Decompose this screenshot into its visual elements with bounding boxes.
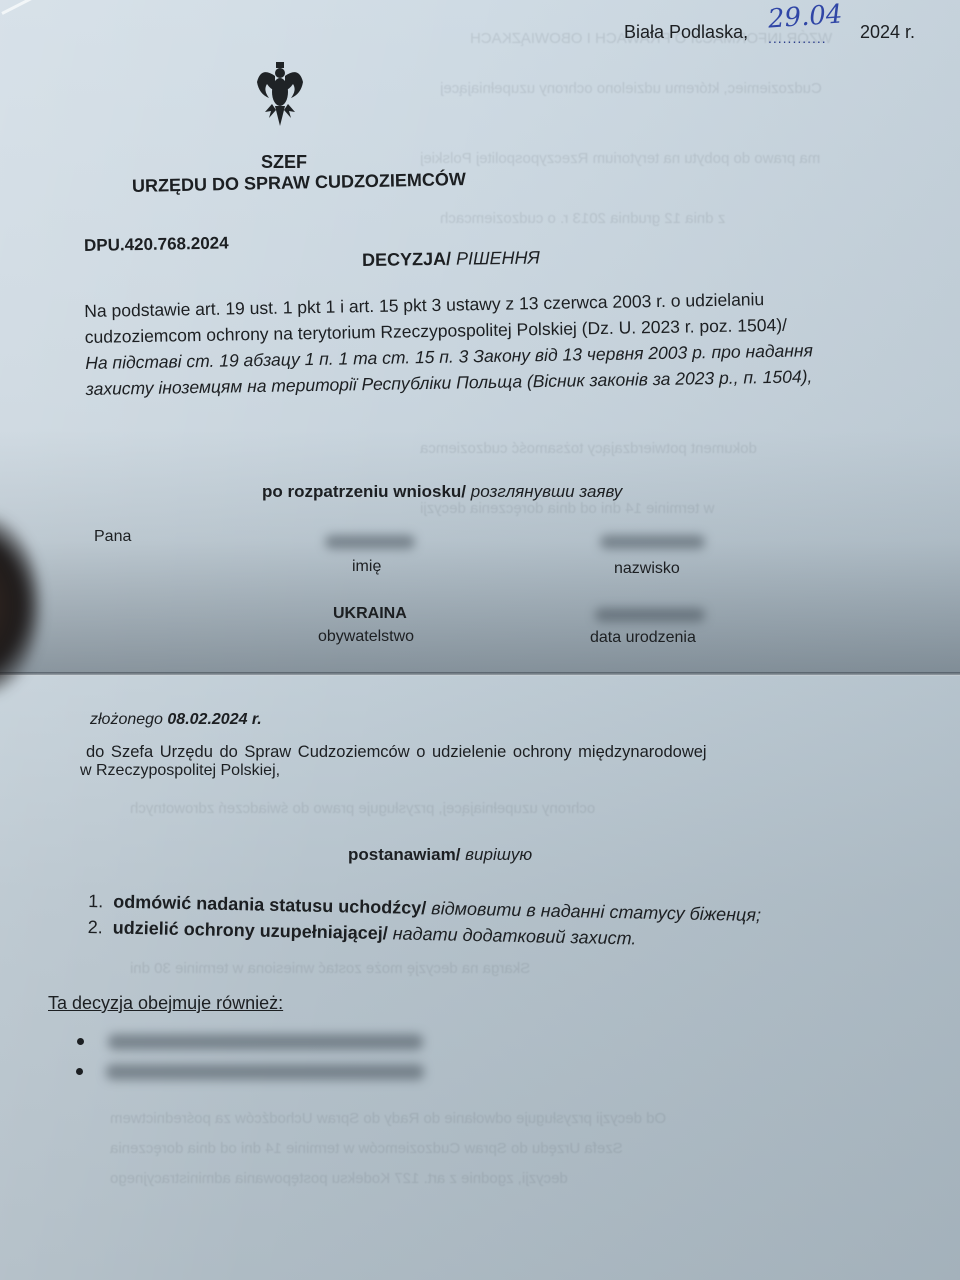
paper-fold bbox=[0, 672, 960, 676]
bleed-through-text: z dnia 12 grudnia 2013 r. o cudzoziemcac… bbox=[440, 210, 725, 227]
filed-line: złożonego 08.02.2024 r. bbox=[90, 711, 262, 729]
document-page: WZÓR INFORMACJI O PRAWACH I OBOWIĄZKACH … bbox=[0, 0, 960, 1280]
bullet-icon bbox=[76, 1068, 83, 1075]
consideration-uk: розглянувши заяву bbox=[471, 482, 623, 501]
case-number: DPU.420.768.2024 bbox=[84, 233, 229, 256]
redacted-family-member bbox=[106, 1064, 424, 1080]
application-line-1: do Szefa Urzędu do Spraw Cudzoziemców o … bbox=[86, 743, 707, 762]
birth-date-label: data urodzenia bbox=[590, 629, 696, 647]
bleed-through-text: Skarga na decyzję może zostać wniesiona … bbox=[130, 960, 530, 977]
authority-title: SZEF bbox=[261, 152, 307, 173]
decision-item-pl: odmówić nadania statusu uchodźcy/ bbox=[113, 892, 426, 919]
decision-item-uk: відмовити в наданні статусу біженця; bbox=[431, 898, 761, 925]
decision-heading-pl: postanawiam/ bbox=[348, 845, 460, 864]
decision-item-number: 2. bbox=[88, 917, 103, 937]
authority-office: URZĘDU DO SPRAW CUDZOZIEMCÓW bbox=[132, 169, 466, 197]
date-year: 2024 r. bbox=[860, 22, 915, 43]
legal-basis: Na podstawie art. 19 ust. 1 pkt 1 i art.… bbox=[84, 285, 813, 402]
bleed-through-text: ma prawo do pobytu na terytorium Rzeczyp… bbox=[420, 150, 820, 167]
document-title: DECYZJA/ РІШЕННЯ bbox=[362, 248, 540, 271]
citizenship-label: obywatelstwo bbox=[318, 628, 414, 646]
bleed-through-text: decyzji, zgodnie z art. 127 Kodeksu post… bbox=[110, 1170, 568, 1187]
redacted-surname bbox=[600, 535, 705, 549]
consideration-pl: po rozpatrzeniu wniosku/ bbox=[262, 482, 466, 501]
bleed-through-text: ochrony uzupełniającej, przysługuje praw… bbox=[130, 800, 595, 817]
redacted-birth-date bbox=[595, 608, 705, 622]
fold-shadow bbox=[0, 430, 960, 675]
also-covers-heading: Ta decyzja obejmuje również: bbox=[48, 993, 283, 1014]
redacted-first-name bbox=[325, 535, 415, 549]
filed-prefix: złożonego bbox=[90, 711, 163, 728]
decision-item-pl: udzielić ochrony uzupełniającej/ bbox=[113, 918, 388, 944]
bleed-through-text: Szefa Urzędu do Spraw Cudzoziemców w ter… bbox=[110, 1140, 623, 1157]
bullet-icon bbox=[77, 1038, 84, 1045]
citizenship-value: UKRAINA bbox=[333, 605, 407, 623]
consideration-line: po rozpatrzeniu wniosku/ розглянувши зая… bbox=[262, 482, 622, 502]
place-label: Biała Podlaska, bbox=[624, 22, 748, 43]
surname-label: nazwisko bbox=[614, 560, 680, 578]
salutation: Pana bbox=[94, 528, 131, 546]
title-ukrainian: РІШЕННЯ bbox=[456, 248, 540, 269]
decision-heading-uk: вирішую bbox=[465, 845, 532, 864]
pen-tip bbox=[1, 0, 44, 15]
decision-item-uk: надати додатковий захист. bbox=[393, 923, 637, 948]
bleed-through-text: Od decyzji przysługuje odwołanie do Rady… bbox=[110, 1110, 666, 1127]
handwritten-date: 29.04 bbox=[767, 0, 843, 35]
decision-list: 1. odmówić nadania statusu uchodźcy/ від… bbox=[87, 888, 761, 954]
filed-date: 08.02.2024 r. bbox=[167, 711, 261, 728]
decision-item-number: 1. bbox=[88, 891, 103, 911]
decision-heading: postanawiam/ вирішую bbox=[348, 845, 532, 865]
bleed-through-text: Cudzoziemiec, któremu udzielono ochrony … bbox=[440, 80, 822, 97]
title-polish: DECYZJA/ bbox=[362, 249, 451, 270]
polish-eagle-icon bbox=[255, 60, 305, 128]
application-line-2: w Rzeczypospolitej Polskiej, bbox=[80, 762, 280, 780]
redacted-family-member bbox=[108, 1034, 423, 1050]
first-name-label: imię bbox=[352, 558, 381, 576]
